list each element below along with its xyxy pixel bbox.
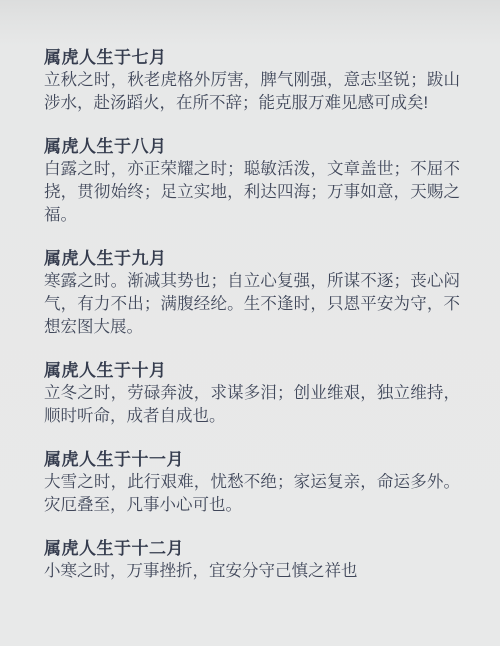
month-section-october: 属虎人生于十月 立冬之时，劳碌奔波，求谋多泪；创业维艰，独立维持，顺时听命，成者… (44, 359, 460, 428)
section-title: 属虎人生于九月 (44, 247, 460, 270)
section-body: 立冬之时，劳碌奔波，求谋多泪；创业维艰，独立维持，顺时听命，成者自成也。 (44, 382, 460, 428)
section-title: 属虎人生于八月 (44, 135, 460, 158)
month-section-september: 属虎人生于九月 寒露之时。渐减其势也；自立心复强，所谋不逐；丧心闷气，有力不出；… (44, 247, 460, 339)
section-body: 白露之时，亦正荣耀之时；聪敏活泼，文章盖世；不屈不挠，贯彻始终；足立实地，利达四… (44, 158, 460, 227)
month-section-november: 属虎人生于十一月 大雪之时，此行艰难，忧愁不绝；家运复亲，命运多外。灾厄叠至，凡… (44, 448, 460, 517)
section-title: 属虎人生于十一月 (44, 448, 460, 471)
section-title: 属虎人生于十二月 (44, 537, 460, 560)
section-body: 寒露之时。渐减其势也；自立心复强，所谋不逐；丧心闷气，有力不出；满腹经纶。生不逢… (44, 270, 460, 339)
month-section-july: 属虎人生于七月 立秋之时，秋老虎格外厉害，脾气刚强，意志坚锐；跋山涉水，赴汤蹈火… (44, 46, 460, 115)
section-title: 属虎人生于七月 (44, 46, 460, 69)
article-page: 属虎人生于七月 立秋之时，秋老虎格外厉害，脾气刚强，意志坚锐；跋山涉水，赴汤蹈火… (0, 0, 500, 646)
section-body: 立秋之时，秋老虎格外厉害，脾气刚强，意志坚锐；跋山涉水，赴汤蹈火，在所不辞；能克… (44, 69, 460, 115)
month-section-december: 属虎人生于十二月 小寒之时，万事挫折，宜安分守己慎之祥也 (44, 537, 460, 583)
month-section-august: 属虎人生于八月 白露之时，亦正荣耀之时；聪敏活泼，文章盖世；不屈不挠，贯彻始终；… (44, 135, 460, 227)
section-body: 大雪之时，此行艰难，忧愁不绝；家运复亲，命运多外。灾厄叠至，凡事小心可也。 (44, 471, 460, 517)
section-body: 小寒之时，万事挫折，宜安分守己慎之祥也 (44, 560, 460, 583)
section-title: 属虎人生于十月 (44, 359, 460, 382)
